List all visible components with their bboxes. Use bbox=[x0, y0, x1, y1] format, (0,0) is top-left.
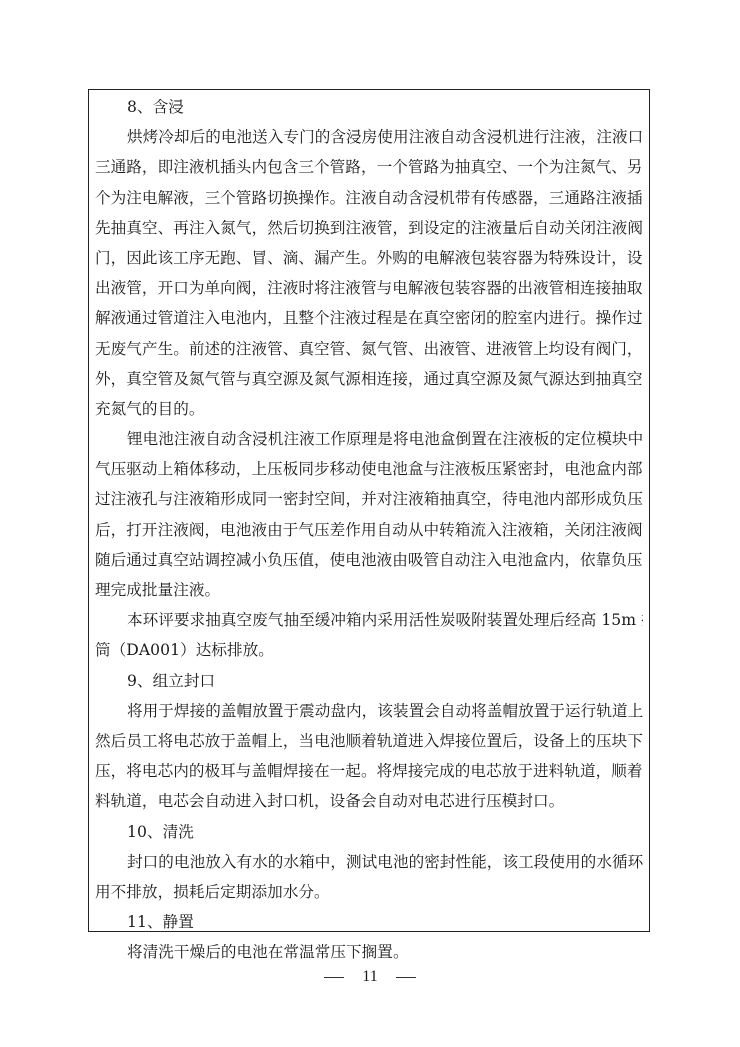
paragraph-line: 烘烤冷却后的电池送入专门的含浸房使用注液自动含浸机进行注液，注液口为 bbox=[95, 122, 643, 152]
paragraph-line: 个为注电解液，三个管路切换操作。注液自动含浸机带有传感器，三通路注液插头 bbox=[95, 183, 643, 213]
paragraph-line: 压，将电芯内的极耳与盖帽焊接在一起。将焊接完成的电芯放于进料轨道，顺着进 bbox=[95, 756, 643, 786]
paragraph-line: 气压驱动上箱体移动，上压板同步移动使电池盒与注液板压紧密封，电池盒内部通 bbox=[95, 454, 643, 484]
paragraph-line: 理完成批量注液。 bbox=[95, 575, 643, 605]
section-heading: 11、静置 bbox=[95, 907, 643, 937]
paragraph-line: 筒（DA001）达标排放。 bbox=[95, 635, 643, 665]
paragraph-line: 过注液孔与注液箱形成同一密封空间，并对注液箱抽真空，待电池内部形成负压 bbox=[95, 484, 643, 514]
page-number-footer: 11 bbox=[0, 968, 740, 986]
page-number: 11 bbox=[362, 968, 377, 985]
paragraph-line: 将清洗干燥后的电池在常温常压下搁置。 bbox=[95, 937, 643, 967]
paragraph-line: 无废气产生。前述的注液管、真空管、氮气管、出液管、进液管上均设有阀门，另 bbox=[95, 334, 643, 364]
section-heading: 8、含浸 bbox=[95, 92, 643, 122]
paragraph-line: 随后通过真空站调控减小负压值，使电池液由吸管自动注入电池盒内，依靠负压原 bbox=[95, 545, 643, 575]
dash-right-decoration bbox=[396, 977, 416, 978]
paragraph-line: 然后员工将电芯放于盖帽上，当电池顺着轨道进入焊接位置后，设备上的压块下 bbox=[95, 726, 643, 756]
content-box: 8、含浸 烘烤冷却后的电池送入专门的含浸房使用注液自动含浸机进行注液，注液口为 … bbox=[88, 89, 650, 932]
paragraph-line: 将用于焊接的盖帽放置于震动盘内，该装置会自动将盖帽放置于运行轨道上， bbox=[95, 696, 643, 726]
dash-left-decoration bbox=[324, 977, 344, 978]
paragraph-line: 料轨道，电芯会自动进入封口机，设备会自动对电芯进行压模封口。 bbox=[95, 786, 643, 816]
paragraph-line: 本环评要求抽真空废气抽至缓冲箱内采用活性炭吸附装置处理后经高 15m 排气 bbox=[95, 605, 643, 635]
paragraph-line: 封口的电池放入有水的水箱中，测试电池的密封性能，该工段使用的水循环使 bbox=[95, 847, 643, 877]
paragraph-line: 外，真空管及氮气管与真空源及氮气源相连接，通过真空源及氮气源达到抽真空、 bbox=[95, 364, 643, 394]
paragraph-line: 充氮气的目的。 bbox=[95, 394, 643, 424]
paragraph-line: 解液通过管道注入电池内，且整个注液过程是在真空密闭的腔室内进行。操作过程 bbox=[95, 303, 643, 333]
section-heading: 9、组立封口 bbox=[95, 666, 643, 696]
paragraph-line: 用不排放，损耗后定期添加水分。 bbox=[95, 877, 643, 907]
section-heading: 10、清洗 bbox=[95, 817, 643, 847]
paragraph-line: 三通路，即注液机插头内包含三个管路，一个管路为抽真空、一个为注氮气、另一 bbox=[95, 152, 643, 182]
paragraph-line: 门，因此该工序无跑、冒、滴、漏产生。外购的电解液包装容器为特殊设计，设有 bbox=[95, 243, 643, 273]
paragraph-line: 后，打开注液阀，电池液由于气压差作用自动从中转箱流入注液箱，关闭注液阀， bbox=[95, 515, 643, 545]
paragraph-line: 出液管，开口为单向阀，注液时将注液管与电解液包装容器的出液管相连接抽取电 bbox=[95, 273, 643, 303]
paragraph-line: 先抽真空、再注入氮气，然后切换到注液管，到设定的注液量后自动关闭注液阀 bbox=[95, 213, 643, 243]
paragraph-line: 锂电池注液自动含浸机注液工作原理是将电池盒倒置在注液板的定位模块中， bbox=[95, 424, 643, 454]
